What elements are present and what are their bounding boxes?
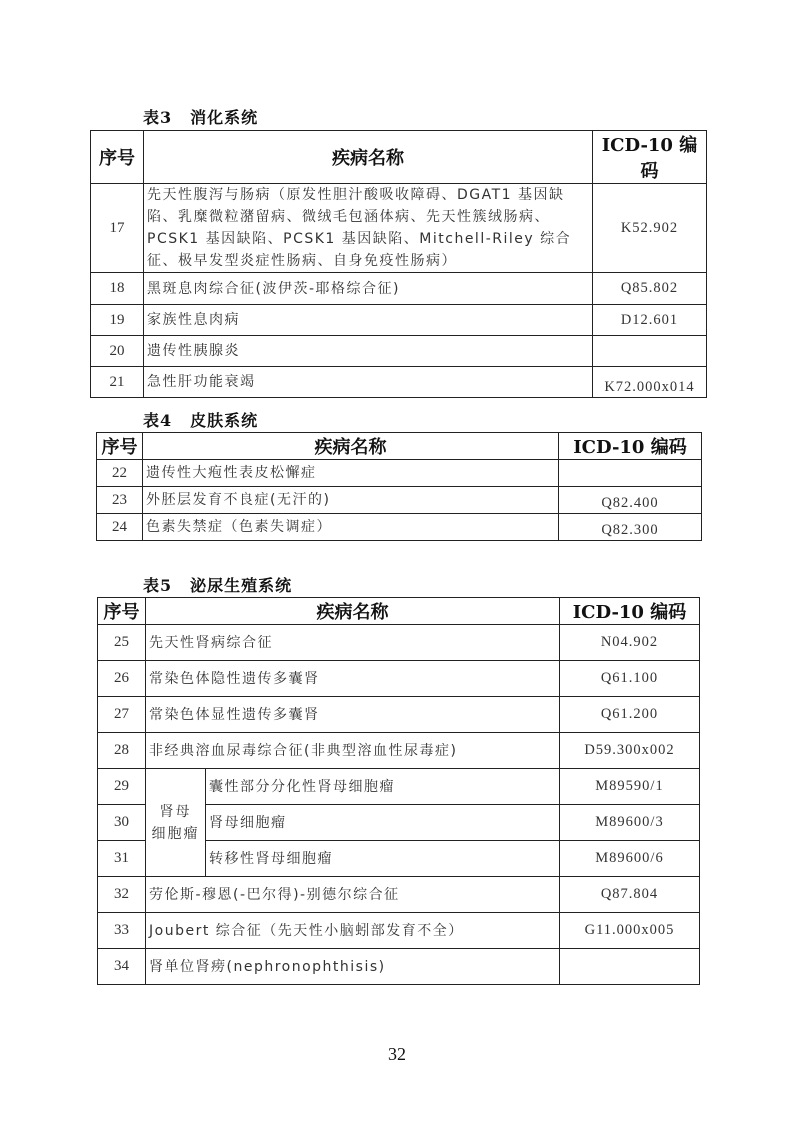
- table-row: 27 常染色体显性遗传多囊肾 Q61.200: [98, 697, 700, 733]
- row-name: 劳伦斯-穆恩(-巴尔得)-别德尔综合征: [146, 877, 560, 913]
- row-name: 色素失禁症（色素失调症）: [143, 514, 559, 541]
- header-name: 疾病名称: [144, 131, 593, 184]
- row-code: [559, 460, 702, 487]
- row-name: 囊性部分分化性肾母细胞瘤: [206, 769, 560, 805]
- row-index: 21: [91, 367, 144, 398]
- row-name: Joubert 综合征（先天性小脑蚓部发育不全）: [146, 913, 560, 949]
- row-index: 34: [98, 949, 146, 985]
- table-row: 23 外胚层发育不良症(无汗的) Q82.400: [97, 487, 702, 514]
- header-code: ICD-10 编码: [593, 131, 707, 184]
- page-number: 32: [0, 1044, 794, 1065]
- row-index: 17: [91, 184, 144, 273]
- row-index: 19: [91, 305, 144, 336]
- row-index: 31: [98, 841, 146, 877]
- table3: 序号 疾病名称 ICD-10 编码 17 先天性腹泻与肠病（原发性胆汁酸吸收障碍…: [90, 130, 707, 398]
- header-code: ICD-10 编码: [559, 433, 702, 460]
- table4-header-row: 序号 疾病名称 ICD-10 编码: [97, 433, 702, 460]
- table-row: 20 遗传性胰腺炎: [91, 336, 707, 367]
- row-code: [593, 336, 707, 367]
- row-code: D12.601: [593, 305, 707, 336]
- row-index: 22: [97, 460, 143, 487]
- row-index: 28: [98, 733, 146, 769]
- row-name: 急性肝功能衰竭: [144, 367, 593, 398]
- row-name: 黑斑息肉综合征(波伊茨-耶格综合征): [144, 273, 593, 305]
- group-label-line2: 细胞瘤: [146, 823, 205, 845]
- row-name: 家族性息肉病: [144, 305, 593, 336]
- row-index: 18: [91, 273, 144, 305]
- table4-caption: 表4皮肤系统: [143, 408, 258, 431]
- row-index: 33: [98, 913, 146, 949]
- row-name: 外胚层发育不良症(无汗的): [143, 487, 559, 514]
- row-code: Q61.200: [560, 697, 700, 733]
- row-code: N04.902: [560, 625, 700, 661]
- header-index: 序号: [98, 598, 146, 625]
- table5-title: 泌尿生殖系统: [190, 576, 292, 595]
- table4-label: 表4: [143, 411, 172, 430]
- row-name: 遗传性大疱性表皮松懈症: [143, 460, 559, 487]
- row-code: Q85.802: [593, 273, 707, 305]
- row-index: 32: [98, 877, 146, 913]
- group-label-line1: 肾母: [146, 801, 205, 823]
- row-name: 非经典溶血尿毒综合征(非典型溶血性尿毒症): [146, 733, 560, 769]
- row-name: 转移性肾母细胞瘤: [206, 841, 560, 877]
- row-index: 26: [98, 661, 146, 697]
- table4: 序号 疾病名称 ICD-10 编码 22 遗传性大疱性表皮松懈症 23 外胚层发…: [96, 432, 702, 541]
- table5: 序号 疾病名称 ICD-10 编码 25 先天性肾病综合征 N04.902 26…: [97, 597, 700, 985]
- row-code: M89600/6: [560, 841, 700, 877]
- row-name: 常染色体显性遗传多囊肾: [146, 697, 560, 733]
- row-name: 先天性肾病综合征: [146, 625, 560, 661]
- header-index: 序号: [97, 433, 143, 460]
- table5-caption: 表5泌尿生殖系统: [143, 573, 292, 596]
- row-code: K72.000x014: [593, 367, 707, 398]
- row-index: 27: [98, 697, 146, 733]
- table-row: 33 Joubert 综合征（先天性小脑蚓部发育不全） G11.000x005: [98, 913, 700, 949]
- row-code: Q61.100: [560, 661, 700, 697]
- row-code: M89590/1: [560, 769, 700, 805]
- row-code: D59.300x002: [560, 733, 700, 769]
- row-code: [560, 949, 700, 985]
- table3-title: 消化系统: [190, 108, 258, 127]
- table3-caption: 表3消化系统: [143, 105, 258, 128]
- row-name: 常染色体隐性遗传多囊肾: [146, 661, 560, 697]
- row-name: 肾母细胞瘤: [206, 805, 560, 841]
- table-row: 29 肾母 细胞瘤 囊性部分分化性肾母细胞瘤 M89590/1: [98, 769, 700, 805]
- row-code: Q82.300: [559, 514, 702, 541]
- table3-label: 表3: [143, 108, 172, 127]
- header-code: ICD-10 编码: [560, 598, 700, 625]
- table-row: 26 常染色体隐性遗传多囊肾 Q61.100: [98, 661, 700, 697]
- row-name: 肾单位肾痨(nephronophthisis): [146, 949, 560, 985]
- table5-header-row: 序号 疾病名称 ICD-10 编码: [98, 598, 700, 625]
- row-index: 20: [91, 336, 144, 367]
- table-row: 19 家族性息肉病 D12.601: [91, 305, 707, 336]
- table-row: 17 先天性腹泻与肠病（原发性胆汁酸吸收障碍、DGAT1 基因缺陷、乳糜微粒潴留…: [91, 184, 707, 273]
- header-index: 序号: [91, 131, 144, 184]
- table-row: 18 黑斑息肉综合征(波伊茨-耶格综合征) Q85.802: [91, 273, 707, 305]
- table-row: 28 非经典溶血尿毒综合征(非典型溶血性尿毒症) D59.300x002: [98, 733, 700, 769]
- table4-title: 皮肤系统: [190, 411, 258, 430]
- header-name: 疾病名称: [143, 433, 559, 460]
- row-code: Q87.804: [560, 877, 700, 913]
- row-name: 先天性腹泻与肠病（原发性胆汁酸吸收障碍、DGAT1 基因缺陷、乳糜微粒潴留病、微…: [144, 184, 593, 273]
- row-index: 23: [97, 487, 143, 514]
- row-index: 29: [98, 769, 146, 805]
- table-row: 25 先天性肾病综合征 N04.902: [98, 625, 700, 661]
- table-row: 24 色素失禁症（色素失调症） Q82.300: [97, 514, 702, 541]
- row-code: Q82.400: [559, 487, 702, 514]
- table-row: 22 遗传性大疱性表皮松懈症: [97, 460, 702, 487]
- table-row: 32 劳伦斯-穆恩(-巴尔得)-别德尔综合征 Q87.804: [98, 877, 700, 913]
- row-code: G11.000x005: [560, 913, 700, 949]
- table-row: 21 急性肝功能衰竭 K72.000x014: [91, 367, 707, 398]
- group-cell-nephroblastoma: 肾母 细胞瘤: [146, 769, 206, 877]
- row-code: M89600/3: [560, 805, 700, 841]
- row-code: K52.902: [593, 184, 707, 273]
- table-row: 34 肾单位肾痨(nephronophthisis): [98, 949, 700, 985]
- header-name: 疾病名称: [146, 598, 560, 625]
- row-index: 24: [97, 514, 143, 541]
- row-name: 遗传性胰腺炎: [144, 336, 593, 367]
- row-index: 30: [98, 805, 146, 841]
- row-index: 25: [98, 625, 146, 661]
- table5-label: 表5: [143, 576, 172, 595]
- table3-header-row: 序号 疾病名称 ICD-10 编码: [91, 131, 707, 184]
